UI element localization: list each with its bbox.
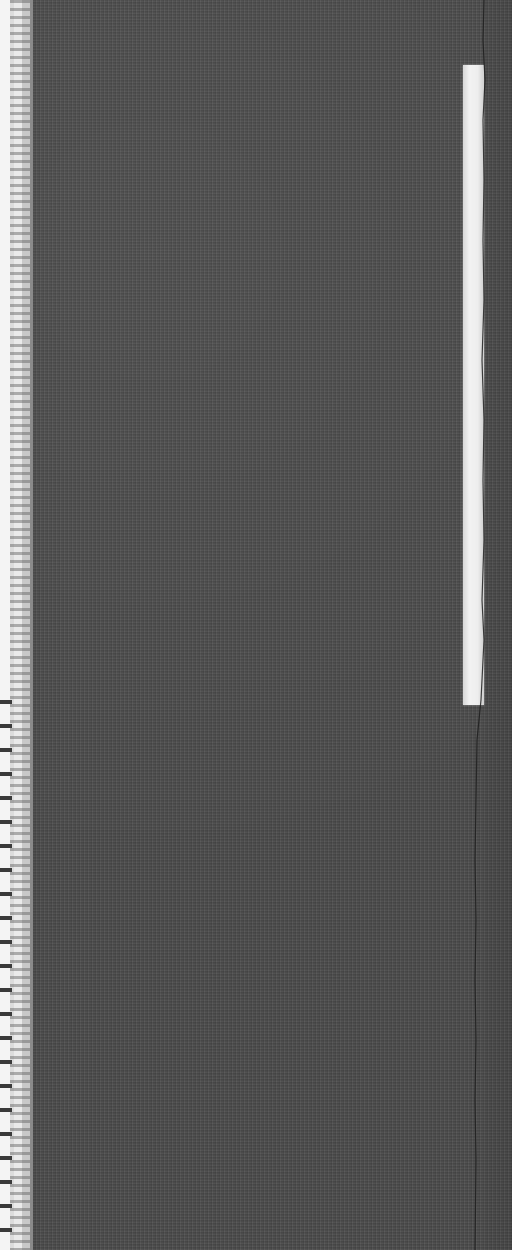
curb-dash (0, 700, 12, 704)
road-scene (0, 0, 512, 1250)
curb-dash (0, 988, 12, 992)
curb-dash (0, 772, 12, 776)
curb-dash (0, 1156, 12, 1160)
curb-dash (0, 820, 12, 824)
curb-dash (0, 940, 12, 944)
asphalt-surface (0, 0, 512, 1250)
pavement-crack (470, 0, 490, 1250)
curb-dash (0, 1084, 12, 1088)
curb-dash (0, 724, 12, 728)
curb-hatch-texture (10, 0, 30, 1250)
curb-dash (0, 916, 12, 920)
curb-dash (0, 1228, 12, 1232)
curb-dash (0, 868, 12, 872)
curb-dash (0, 892, 12, 896)
curb-dash (0, 844, 12, 848)
curb-dash (0, 748, 12, 752)
curb-dash (0, 796, 12, 800)
curb-dash (0, 1108, 12, 1112)
curb-dash (0, 1012, 12, 1016)
curb-dash (0, 1204, 12, 1208)
curb-dash (0, 1036, 12, 1040)
curb-dash (0, 964, 12, 968)
curb-dash (0, 1132, 12, 1136)
curb-dash-marks (0, 0, 12, 1250)
curb-dash (0, 1180, 12, 1184)
curb-dash (0, 1060, 12, 1064)
